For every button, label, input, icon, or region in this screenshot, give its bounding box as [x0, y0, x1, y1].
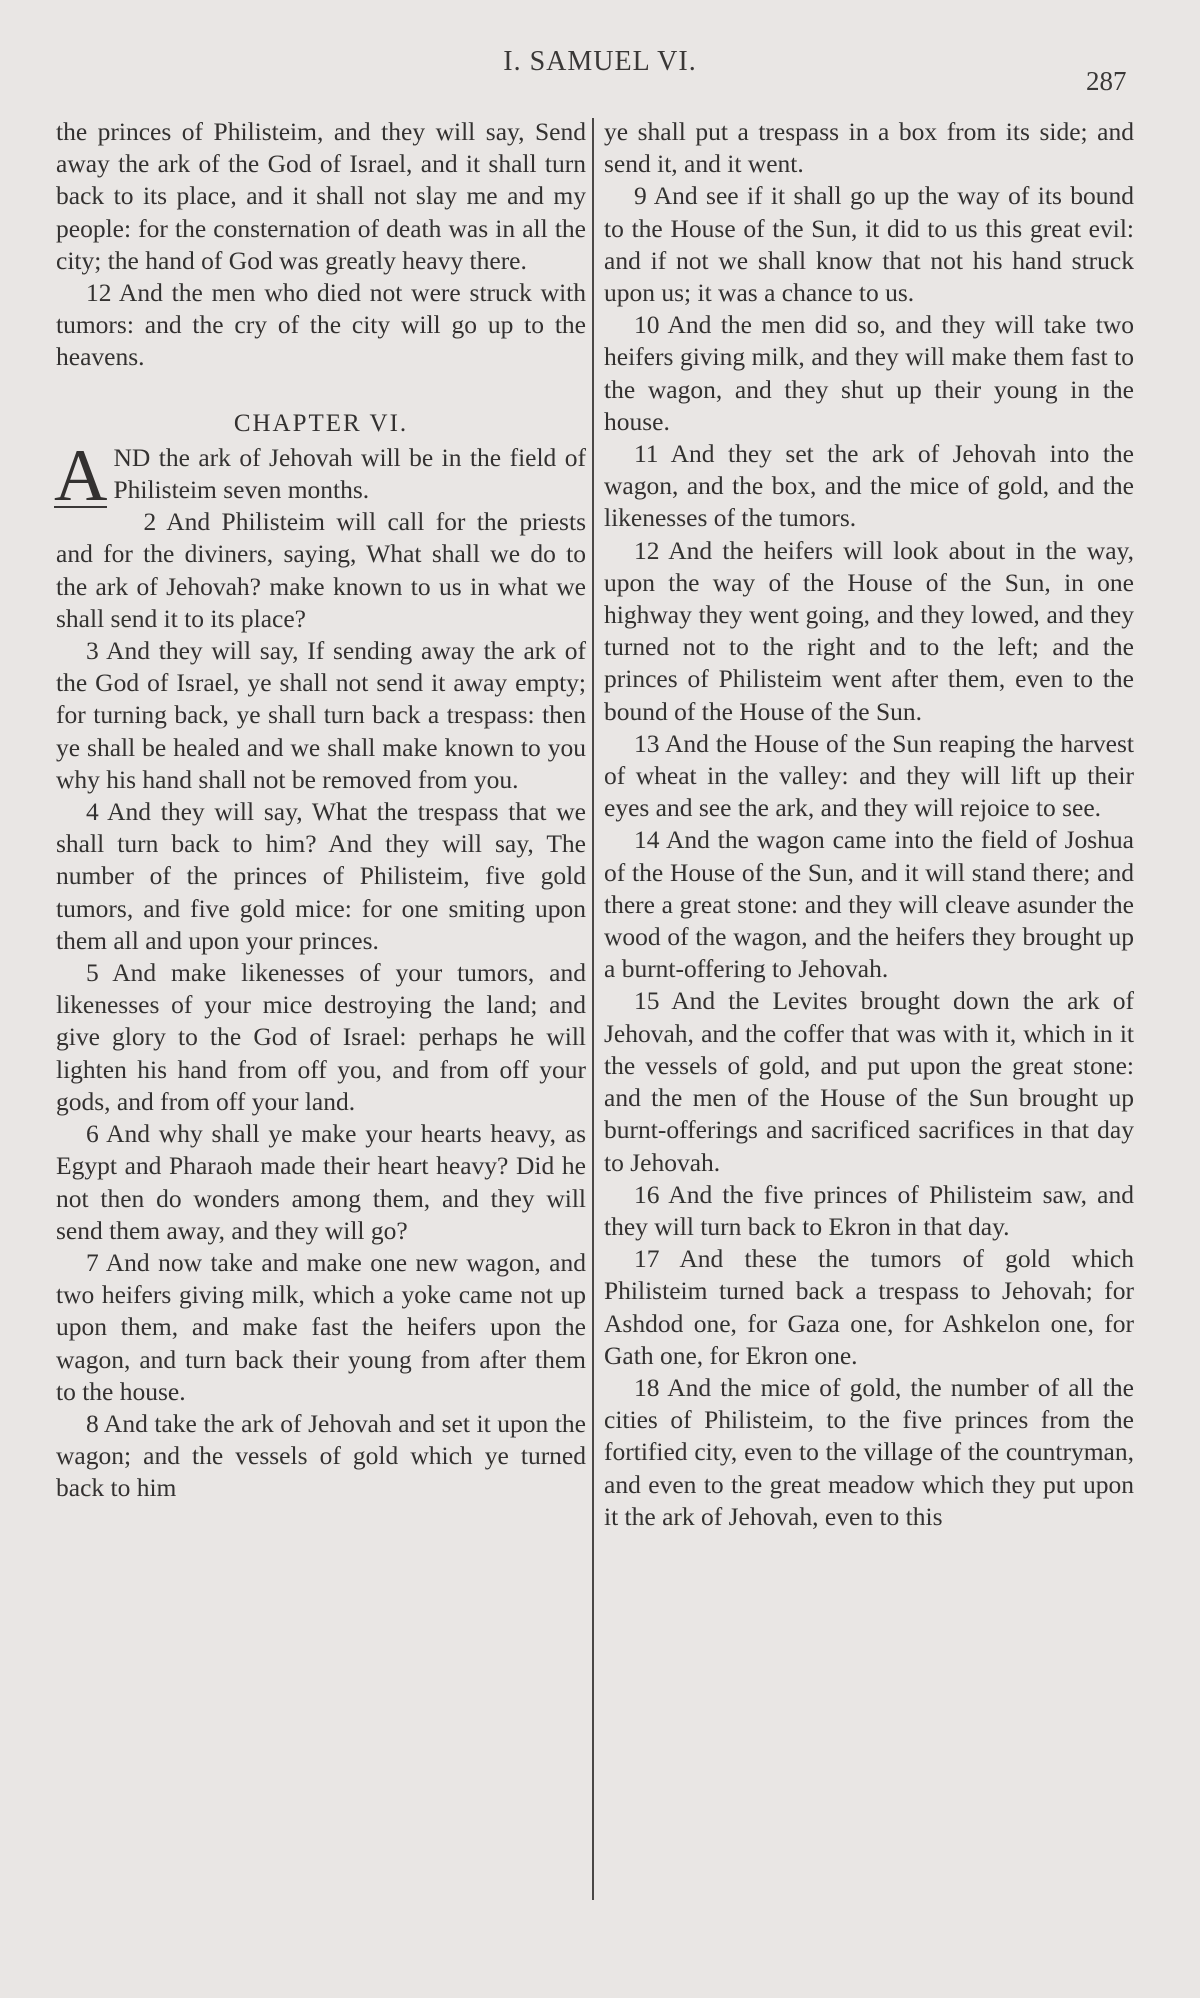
verse-8-continuation: ye shall put a trespass in a box from it… [604, 116, 1134, 180]
verse-continuation: the princes of Philisteim, and they will… [56, 116, 586, 277]
verse-7: 7 And now take and make one new wagon, a… [56, 1247, 586, 1408]
verse-14: 14 And the wagon came into the field of … [604, 824, 1134, 985]
verse-9: 9 And see if it shall go up the way of i… [604, 180, 1134, 309]
page-number: 287 [1086, 66, 1127, 97]
verse-18: 18 And the mice of gold, the number of a… [604, 1372, 1134, 1533]
verse-4: 4 And they will say, What the trespass t… [56, 796, 586, 957]
verse-15: 15 And the Levites brought down the ark … [604, 985, 1134, 1178]
running-title: I. SAMUEL VI. [0, 46, 1200, 78]
right-column: ye shall put a trespass in a box from it… [604, 116, 1134, 1533]
verse-10: 10 And the men did so, and they will tak… [604, 309, 1134, 438]
left-column: the princes of Philisteim, and they will… [56, 116, 586, 1505]
page-header: I. SAMUEL VI. 287 [0, 0, 1200, 110]
verse-17: 17 And these the tumors of gold which Ph… [604, 1243, 1134, 1372]
verse-3: 3 And they will say, If sending away the… [56, 635, 586, 796]
verse-11-12: 12 And the men who died not were struck … [56, 277, 586, 374]
verse-6: 6 And why shall ye make your hearts heav… [56, 1118, 586, 1247]
verse-1: AND the ark of Jehovah will be in the fi… [56, 442, 586, 506]
chapter-heading: CHAPTER VI. [56, 408, 586, 440]
verse-13: 13 And the House of the Sun reaping the … [604, 728, 1134, 825]
column-divider [592, 118, 594, 1900]
drop-cap: A [54, 446, 107, 508]
verse-1-text: ND the ark of Jehovah will be in the fie… [113, 443, 586, 504]
verse-16: 16 And the five princes of Philisteim sa… [604, 1179, 1134, 1243]
verse-8: 8 And take the ark of Jehovah and set it… [56, 1408, 586, 1505]
verse-11: 11 And they set the ark of Jehovah into … [604, 438, 1134, 535]
verse-5: 5 And make likenesses of your tumors, an… [56, 957, 586, 1118]
verse-12: 12 And the heifers will look about in th… [604, 535, 1134, 728]
verse-2: 2 And Philisteim will call for the pries… [56, 506, 586, 635]
